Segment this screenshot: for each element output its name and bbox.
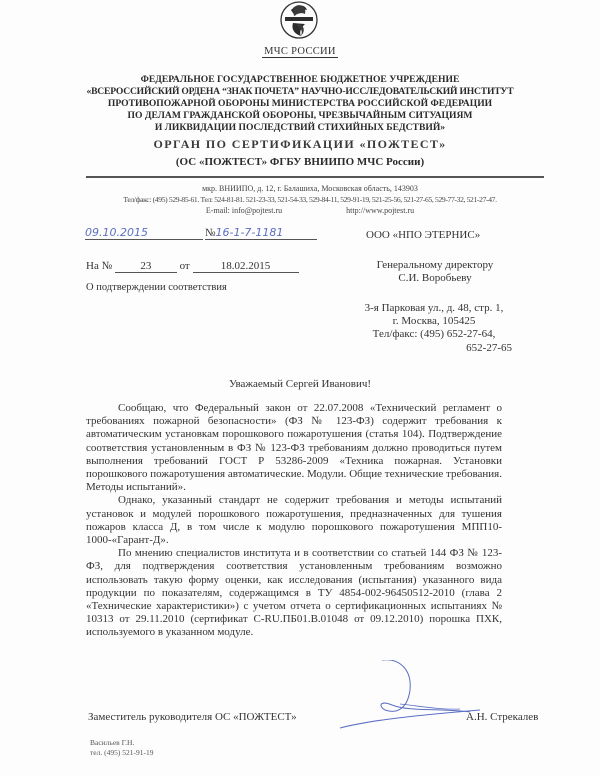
number-symbol: № — [205, 227, 216, 239]
outgoing-number: №16-1-7-1181 — [205, 226, 317, 240]
body-paragraph: Сообщаю, что Федеральный закон от 22.07.… — [86, 402, 502, 494]
handwritten-signature-icon — [340, 660, 500, 740]
body-paragraph: По мнению специалистов института и в соо… — [86, 547, 502, 639]
sender-contacts: мкр. ВНИИПО, д. 12, г. Балашиха, Московс… — [60, 183, 560, 216]
recipient-address-line: г. Москва, 105425 — [354, 315, 514, 328]
executor-phone: тел. (495) 521-91-19 — [90, 748, 153, 758]
sender-email: E-mail: info@pojtest.ru — [206, 205, 282, 216]
reference-date: 18.02.2015 — [193, 260, 299, 273]
outgoing-date: 09.10.2015 — [85, 226, 203, 240]
signatory-name: А.Н. Стрекалев — [466, 711, 538, 723]
cert-body-title: ОРГАН ПО СЕРТИФИКАЦИИ «ПОЖТЕСТ» — [60, 137, 540, 152]
recipient-name: С.И. Воробьеву — [360, 272, 510, 285]
org-line: ПРОТИВОПОЖАРНОЙ ОБОРОНЫ МИНИСТЕРСТВА РОС… — [60, 98, 540, 110]
recipient-phone: Тел/факс: (495) 652-27-64, — [354, 328, 514, 341]
mchs-emblem-icon — [271, 0, 327, 42]
letter-body: Сообщаю, что Федеральный закон от 22.07.… — [86, 402, 502, 640]
recipient-company: ООО «НПО ЭТЕРНИС» — [366, 229, 516, 242]
recipient-director: Генеральному директору С.И. Воробьеву — [360, 259, 510, 285]
cert-body-short: (ОС «ПОЖТЕСТ» ФГБУ ВНИИПО МЧС России) — [60, 156, 540, 168]
letter-subject: О подтверждении соответствия — [86, 282, 227, 293]
executor-info: Васильев Г.Н. тел. (495) 521-91-19 — [90, 738, 153, 758]
sender-address: мкр. ВНИИПО, д. 12, г. Балашиха, Московс… — [60, 183, 560, 194]
reference-number: 23 — [115, 260, 177, 273]
outgoing-number-value: 16-1-7-1181 — [216, 226, 284, 239]
reference-line: На № 23 от 18.02.2015 — [86, 260, 299, 273]
sender-phones: Тел/факс: (495) 529-85-61. Тел: 524-81-8… — [60, 194, 560, 205]
sender-website: http://www.pojtest.ru — [346, 205, 414, 216]
org-line: «ВСЕРОССИЙСКИЙ ОРДЕНА “ЗНАК ПОЧЕТА” НАУЧ… — [60, 86, 540, 98]
ministry-name: МЧС РОССИИ — [0, 46, 600, 57]
org-line: ПО ДЕЛАМ ГРАЖДАНСКОЙ ОБОРОНЫ, ЧРЕЗВЫЧАЙН… — [60, 110, 540, 122]
executor-name: Васильев Г.Н. — [90, 738, 153, 748]
recipient-address: 3-я Парковая ул., д. 48, стр. 1, г. Моск… — [354, 302, 514, 355]
greeting: Уважаемый Сергей Иванович! — [0, 378, 600, 390]
recipient-address-line: 3-я Парковая ул., д. 48, стр. 1, — [354, 302, 514, 315]
recipient-position: Генеральному директору — [360, 259, 510, 272]
header-divider — [86, 176, 544, 178]
reference-prefix: На № — [86, 260, 112, 272]
reference-from-label: от — [180, 260, 190, 272]
recipient-phone: 652-27-65 — [354, 342, 514, 355]
organization-name: ФЕДЕРАЛЬНОЕ ГОСУДАРСТВЕННОЕ БЮДЖЕТНОЕ УЧ… — [60, 74, 540, 134]
signatory-title: Заместитель руководителя ОС «ПОЖТЕСТ» — [88, 711, 297, 723]
sender-web: E-mail: info@pojtest.ru http://www.pojte… — [60, 205, 560, 216]
org-line: ФЕДЕРАЛЬНОЕ ГОСУДАРСТВЕННОЕ БЮДЖЕТНОЕ УЧ… — [60, 74, 540, 86]
body-paragraph: Однако, указанный стандарт не содержит т… — [86, 494, 502, 547]
org-line: И ЛИКВИДАЦИИ ПОСЛЕДСТВИЙ СТИХИЙНЫХ БЕДСТ… — [60, 122, 540, 134]
